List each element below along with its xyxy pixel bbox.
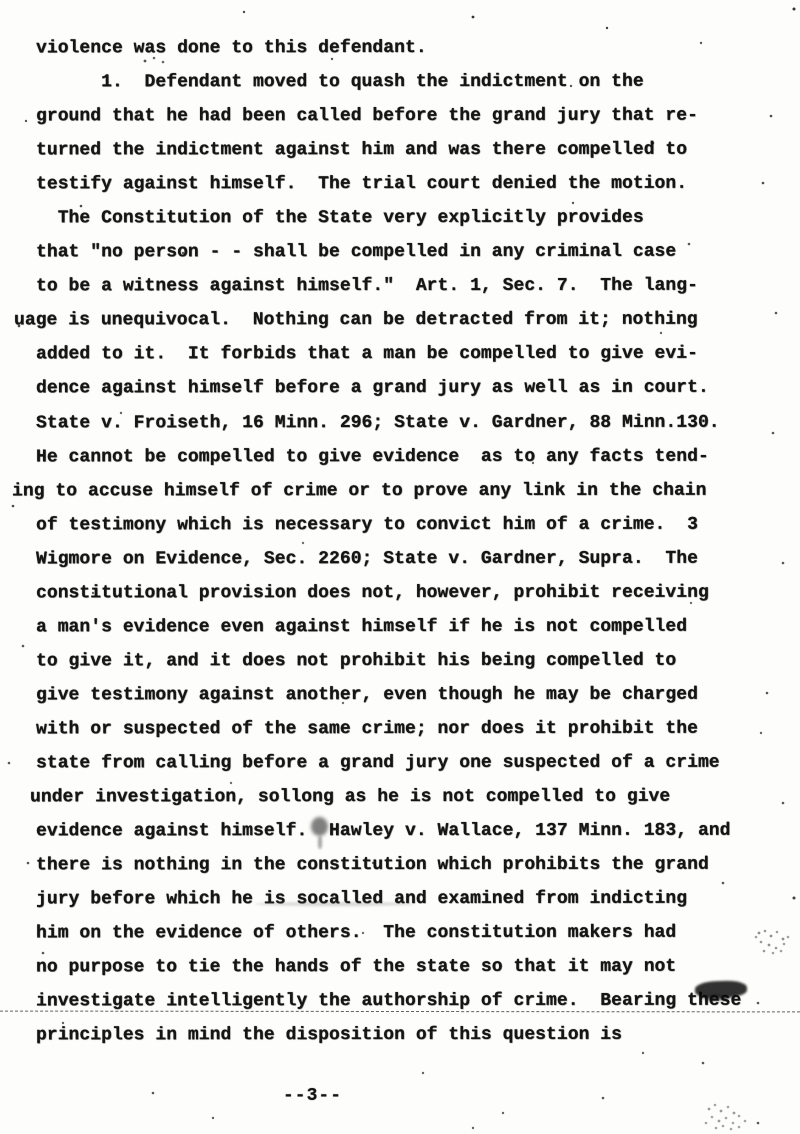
text-line: principles in mind the disposition of th… (36, 1018, 776, 1053)
text-line: give testimony against another, even tho… (36, 678, 776, 713)
page-number: --3-- (283, 1086, 342, 1106)
text-line: evidence against himself. Hawley v. Wall… (36, 814, 776, 849)
text-line: to be a witness against himself." Art. 1… (36, 269, 776, 304)
text-line: with or suspected of the same crime; nor… (36, 712, 776, 747)
text-line: Wigmore on Evidence, Sec. 2260; State v.… (36, 541, 776, 576)
ink-smudge (311, 817, 328, 836)
text-line: to give it, and it does not prohibit his… (36, 644, 776, 679)
text-line: added to it. It forbids that a man be co… (36, 337, 776, 372)
text-line: constitutional provision does not, howev… (36, 575, 776, 610)
text-line: him on the evidence of others. The const… (36, 916, 776, 951)
text-line: of testimony which is necessary to convi… (36, 507, 776, 542)
page-text: violence was done to this defendant. 1. … (36, 31, 776, 1052)
text-line: jury before which he is socalled and exa… (36, 882, 776, 917)
text-line: He cannot be compelled to give evidence … (36, 439, 776, 474)
noise-speckle-cluster (0, 0, 2, 2)
text-line: testify against himself. The trial court… (36, 167, 776, 202)
text-line: ground that he had been called before th… (36, 99, 776, 134)
text-line: The Constitution of the State very expli… (36, 201, 776, 236)
text-line: under investigation, sollong as he is no… (30, 780, 776, 815)
text-line: uage is unequivocal. Nothing can be detr… (14, 303, 776, 338)
text-line: investigate intelligently the authorship… (36, 984, 776, 1019)
text-line: violence was done to this defendant. (36, 31, 776, 66)
text-line: a man's evidence even against himself if… (36, 609, 776, 644)
text-line: State v. Froiseth, 16 Minn. 296; State v… (36, 405, 776, 440)
ink-smudge (318, 836, 322, 849)
text-line: that "no person - - shall be compelled i… (36, 235, 776, 270)
ink-smudge (703, 995, 729, 1001)
ink-smudge (255, 902, 415, 906)
scanned-page: violence was done to this defendant. 1. … (0, 0, 800, 1134)
text-line: 1. Defendant moved to quash the indictme… (36, 65, 776, 100)
text-line: ing to accuse himself of crime or to pro… (12, 473, 776, 508)
text-line: state from calling before a grand jury o… (36, 746, 776, 781)
text-line: turned the indictment against him and wa… (36, 133, 776, 168)
text-line: no purpose to tie the hands of the state… (36, 950, 776, 985)
text-line: dence against himself before a grand jur… (36, 371, 776, 406)
text-line: there is nothing in the constitution whi… (36, 848, 776, 883)
